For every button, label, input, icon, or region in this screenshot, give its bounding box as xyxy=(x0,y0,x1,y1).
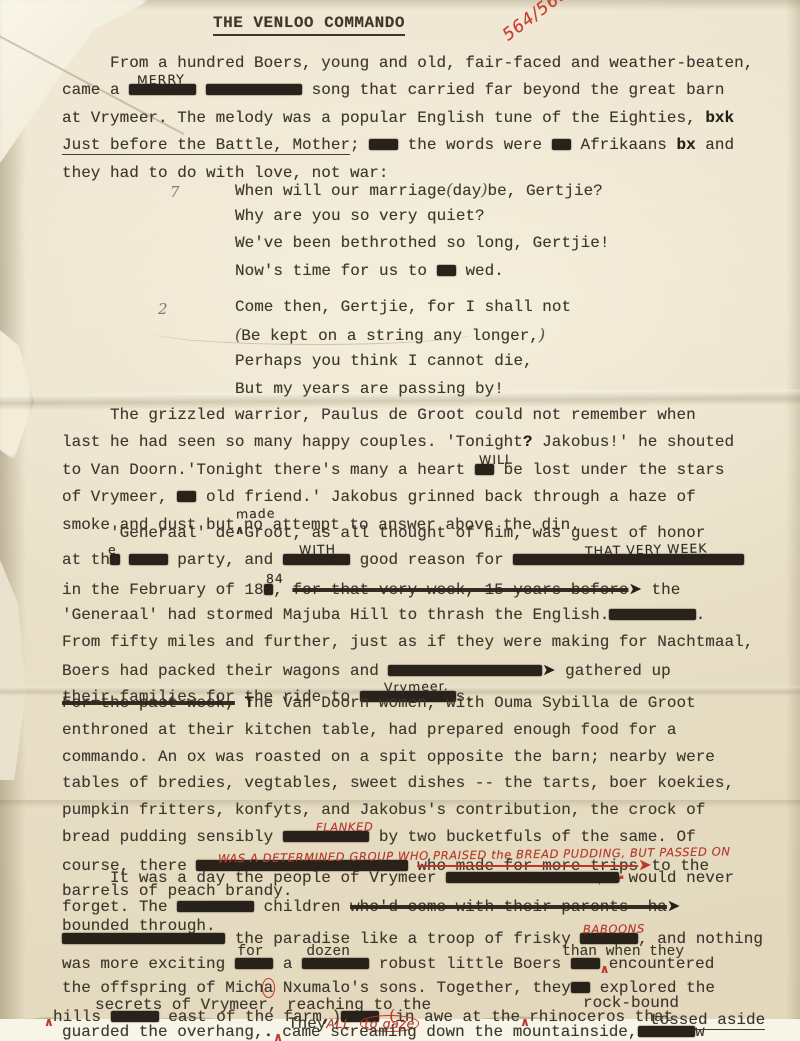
typed-text: The grizzled warrior, Paulus de Groot co… xyxy=(62,406,696,424)
typed-text: was more exciting xyxy=(62,955,235,973)
typed-text: the words were xyxy=(398,136,552,154)
typed-text: wed. xyxy=(456,262,504,280)
typed-text: We've been bethrothed so long, Gertjie! xyxy=(235,234,609,252)
pencil-parenthesis: ) xyxy=(539,325,545,344)
typed-text: robust little Boers xyxy=(369,955,571,973)
typed-text: It was a day the people of Vrymeer xyxy=(62,869,446,887)
struck-text: for that very week, 15 years before xyxy=(292,581,628,599)
paragraph-5d-guarded: guarded the overhang,. ∧came screaming d… xyxy=(62,1023,705,1041)
typescript-line: guarded the overhang,. ∧came screaming d… xyxy=(62,1023,705,1041)
typed-text: old friend.' Jakobus grinned back throug… xyxy=(196,488,695,506)
typescript-line: But my years are passing by! xyxy=(235,380,571,407)
typed-text: From fifty miles and further, just as if… xyxy=(62,633,753,651)
typed-text: children xyxy=(254,898,350,916)
typescript-line: of Vrymeer, old friend.' Jakobus grinned… xyxy=(62,488,734,515)
typescript-line: last he had seen so many happy couples. … xyxy=(62,433,734,460)
typed-text: in the February of 18 xyxy=(62,581,264,599)
arrow-icon: ➤ xyxy=(629,579,642,598)
typed-text: Afrikaans xyxy=(571,136,677,154)
typescript-line: at the party, and WITH good reason for T… xyxy=(62,551,753,578)
typed-text: Be kept on a string any longer, xyxy=(241,327,539,345)
typed-overstrike: . xyxy=(264,1023,274,1041)
handwritten-insertion: WITH xyxy=(299,544,336,557)
typed-text: came a xyxy=(62,81,129,99)
ink-redaction xyxy=(437,265,456,276)
typed-text: When will our marriage xyxy=(235,182,446,200)
typed-text: forget. The xyxy=(62,898,177,916)
typed-text: Jakobus!' he shouted xyxy=(532,433,734,451)
typed-text: they had to do with love, not war: xyxy=(62,164,388,182)
ink-redaction xyxy=(129,554,167,565)
ink-redaction xyxy=(638,1026,696,1037)
arrow-icon: ➤ xyxy=(667,896,680,915)
typed-text: enthroned at their kitchen table, had pr… xyxy=(62,721,677,739)
typed-text: of Vrymeer, xyxy=(62,488,177,506)
typed-text xyxy=(235,694,245,712)
typescript-line: commando. An ox was roasted on a spit op… xyxy=(62,748,734,775)
typed-text: Why are you so very quiet? xyxy=(235,207,485,225)
typed-text: be, Gertjie? xyxy=(488,182,603,200)
typescript-line: (Be kept on a string any longer,) xyxy=(235,325,571,352)
typed-text: by two bucketfuls of the same. Of xyxy=(369,828,695,846)
ink-redaction xyxy=(206,84,302,95)
typescript-line: Perhaps you think I cannot die, xyxy=(235,352,571,379)
typed-overstrike: bx xyxy=(677,136,696,154)
typescript-line: It was a day the people of Vrymeer would… xyxy=(62,869,734,896)
typed-text xyxy=(120,551,130,569)
typed-text: a xyxy=(273,955,302,973)
ink-redaction xyxy=(609,609,695,620)
verse-2: Come then, Gertjie, for I shall not(Be k… xyxy=(235,298,571,407)
typed-text: . xyxy=(696,606,706,624)
typescript-line: Just before the Battle, Mother; the word… xyxy=(62,136,753,163)
handwritten-insertion: made xyxy=(236,508,276,522)
typed-overstrike: T xyxy=(244,694,254,712)
handwritten-insertion: MERRY xyxy=(137,74,185,88)
typed-text: guarded the overhang, xyxy=(62,1023,264,1041)
arrow-icon: ➤ xyxy=(542,660,555,679)
ink-redaction xyxy=(177,901,254,912)
typed-text: Nxumalo's sons. Together, they xyxy=(273,979,571,997)
typescript-line: to Van Doorn.'Tonight there's many a hea… xyxy=(62,461,734,488)
typed-text: be lost under the stars xyxy=(494,461,724,479)
typescript-line: From fifty miles and further, just as if… xyxy=(62,633,753,660)
typed-insertion: dozen xyxy=(306,945,350,960)
red-caret-icon: ∧ xyxy=(273,1030,282,1041)
ink-redaction xyxy=(571,982,590,993)
typescript-line: 'Generaal' had stormed Majuba Hill to th… xyxy=(62,606,753,633)
typed-text: bread pudding sensibly xyxy=(62,828,283,846)
ink-redaction xyxy=(62,933,225,944)
ink-redaction xyxy=(446,872,619,883)
typed-insertion: for xyxy=(237,945,263,960)
pencil-mark-2: 2 xyxy=(158,300,168,318)
paragraph-5a: It was a day the people of Vrymeer would… xyxy=(62,869,734,922)
verse-1: When will our marriage(day)be, Gertjie?W… xyxy=(235,180,609,289)
handwritten-insertion: e xyxy=(107,544,116,557)
manuscript-scan: { "title": "THE VENLOO COMMANDO", "page_… xyxy=(0,0,800,1041)
red-caret-icon: ∧ xyxy=(600,962,609,976)
typescript-line: came a MERRY song that carried far beyon… xyxy=(62,81,753,108)
red-handwritten-insertion: BABOONS xyxy=(583,924,645,936)
typed-text: and xyxy=(696,136,734,154)
paragraph-3: 'Generaal' de Groot, as all thought of h… xyxy=(62,524,753,715)
struck-text: who'd come with their parents ha xyxy=(350,898,667,916)
typed-text: 'Generaal' had stormed Majuba Hill to th… xyxy=(62,606,609,624)
typescript-line: tables of bredies, vegtables, sweet dish… xyxy=(62,774,734,801)
handwritten-insertion: THAT VERY WEEK xyxy=(585,542,708,558)
ink-redaction xyxy=(111,1011,159,1022)
handwritten-insertion: WILL xyxy=(479,453,513,466)
typescript-line: pumpkin fritters, konfyts, and Jakobus's… xyxy=(62,801,734,828)
ink-redaction xyxy=(552,139,571,150)
typed-text: would never xyxy=(619,869,734,887)
typescript-line: We've been bethrothed so long, Gertjie! xyxy=(235,234,609,261)
typescript-line: Come then, Gertjie, for I shall not xyxy=(235,298,571,325)
typed-text: to Van Doorn.'Tonight there's many a hea… xyxy=(62,461,475,479)
typescript-line: Why are you so very quiet? xyxy=(235,207,609,234)
pencil-mark-1: 7 xyxy=(170,183,180,201)
paragraph-2: The grizzled warrior, Paulus de Groot co… xyxy=(62,406,734,543)
typescript-line: When will our marriage(day)be, Gertjie? xyxy=(235,180,609,207)
red-handwritten-insertion: FLANKED xyxy=(316,822,374,834)
typed-text: From a hundred Boers, young and old, fai… xyxy=(62,54,753,72)
typed-text-underlined: Just before the Battle, Mother xyxy=(62,136,350,155)
handwritten-insertion: Vrymeer. xyxy=(383,680,448,694)
typed-text: ; xyxy=(350,136,369,154)
paragraph-5b: the paradise like a troop of frisky BABO… xyxy=(62,930,763,1004)
typed-overstrike: bxk xyxy=(705,109,734,127)
typed-text: came screaming down the mountainside, xyxy=(282,1023,637,1041)
paragraph-1: From a hundred Boers, young and old, fai… xyxy=(62,54,753,191)
red-caret-icon: ∧ xyxy=(44,1015,53,1029)
typed-text: last he had seen so many happy couples. … xyxy=(62,433,523,451)
typed-text: Now's time for us to xyxy=(235,262,437,280)
typed-insertion: than when they xyxy=(562,945,684,960)
typed-text: pumpkin fritters, konfyts, and Jakobus's… xyxy=(62,801,705,819)
typed-text: Come then, Gertjie, for I shall not xyxy=(235,298,571,316)
typescript-line: The grizzled warrior, Paulus de Groot co… xyxy=(62,406,734,433)
typed-text: Boers had packed their wagons and xyxy=(62,662,388,680)
typed-text: w xyxy=(695,1023,705,1041)
typed-text: 'Generaal' de Groot, as all thought of h… xyxy=(62,524,705,542)
typed-text: at Vrymeer. The melody was a popular Eng… xyxy=(62,109,705,127)
typed-text: the xyxy=(642,581,680,599)
typed-text: party, and xyxy=(168,551,283,569)
typescript-line: at Vrymeer. The melody was a popular Eng… xyxy=(62,109,753,136)
typed-text: he Van Doorn women, with Ouma Sybilla de… xyxy=(254,694,696,712)
typed-text xyxy=(196,81,206,99)
typed-text: tables of bredies, vegtables, sweet dish… xyxy=(62,774,734,792)
typescript-line: was more exciting for a dozen robust lit… xyxy=(62,955,763,980)
typescript-line: For the past week, The Van Doorn women, … xyxy=(62,694,734,721)
ink-redaction xyxy=(369,139,398,150)
ink-redaction xyxy=(388,665,542,676)
handwritten-insertion: 84 xyxy=(266,573,284,586)
struck-text: For the past week, xyxy=(62,694,235,712)
typescript-line: in the February of 1884, for that very w… xyxy=(62,579,753,606)
typed-text: day xyxy=(452,182,481,200)
typescript-line: enthroned at their kitchen table, had pr… xyxy=(62,721,734,748)
typed-text: Perhaps you think I cannot die, xyxy=(235,352,533,370)
typed-text: song that carried far beyond the great b… xyxy=(302,81,724,99)
typed-text: at th xyxy=(62,551,110,569)
ink-redaction xyxy=(177,491,196,502)
typed-text: the offspring of Mich xyxy=(62,979,264,997)
typed-text: gathered up xyxy=(555,662,670,680)
typed-text: commando. An ox was roasted on a spit op… xyxy=(62,748,715,766)
typed-text: But my years are passing by! xyxy=(235,380,504,398)
typed-text: the paradise like a troop of frisky xyxy=(225,930,580,948)
page-title: THE VENLOO COMMANDO xyxy=(213,14,405,36)
typed-text: good reason for xyxy=(350,551,513,569)
typescript-line: Now's time for us to wed. xyxy=(235,262,609,289)
